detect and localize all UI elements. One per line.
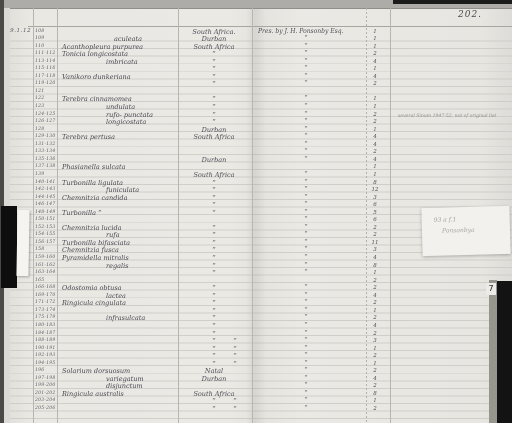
slip-note-line1: 93 a f.1 [434,216,457,224]
top-edge-shadow [393,0,512,4]
page-number: 202. [458,10,482,20]
page-top-edge [0,8,512,9]
quantity: 2 [364,405,386,413]
pasted-slip-note: 93 a f.1 Ponsonbya [421,206,510,256]
ledger-row: 205-206”””2 [0,405,512,413]
scanned-ledger-page: 202. 99.1.12 4 several Sinum 1947-52, no… [0,0,512,423]
edge-tab-label: 7 [486,283,496,295]
locality-ditto: ” [224,405,246,413]
right-cover-edge [497,281,512,423]
right-page-edges [489,280,497,423]
register-number: 205-206 [35,405,57,413]
slip-note-line2: Ponsonbya [442,227,475,235]
left-paper-slip [16,210,29,276]
donor: ” [296,405,316,413]
left-bookmark-tab [1,206,17,288]
